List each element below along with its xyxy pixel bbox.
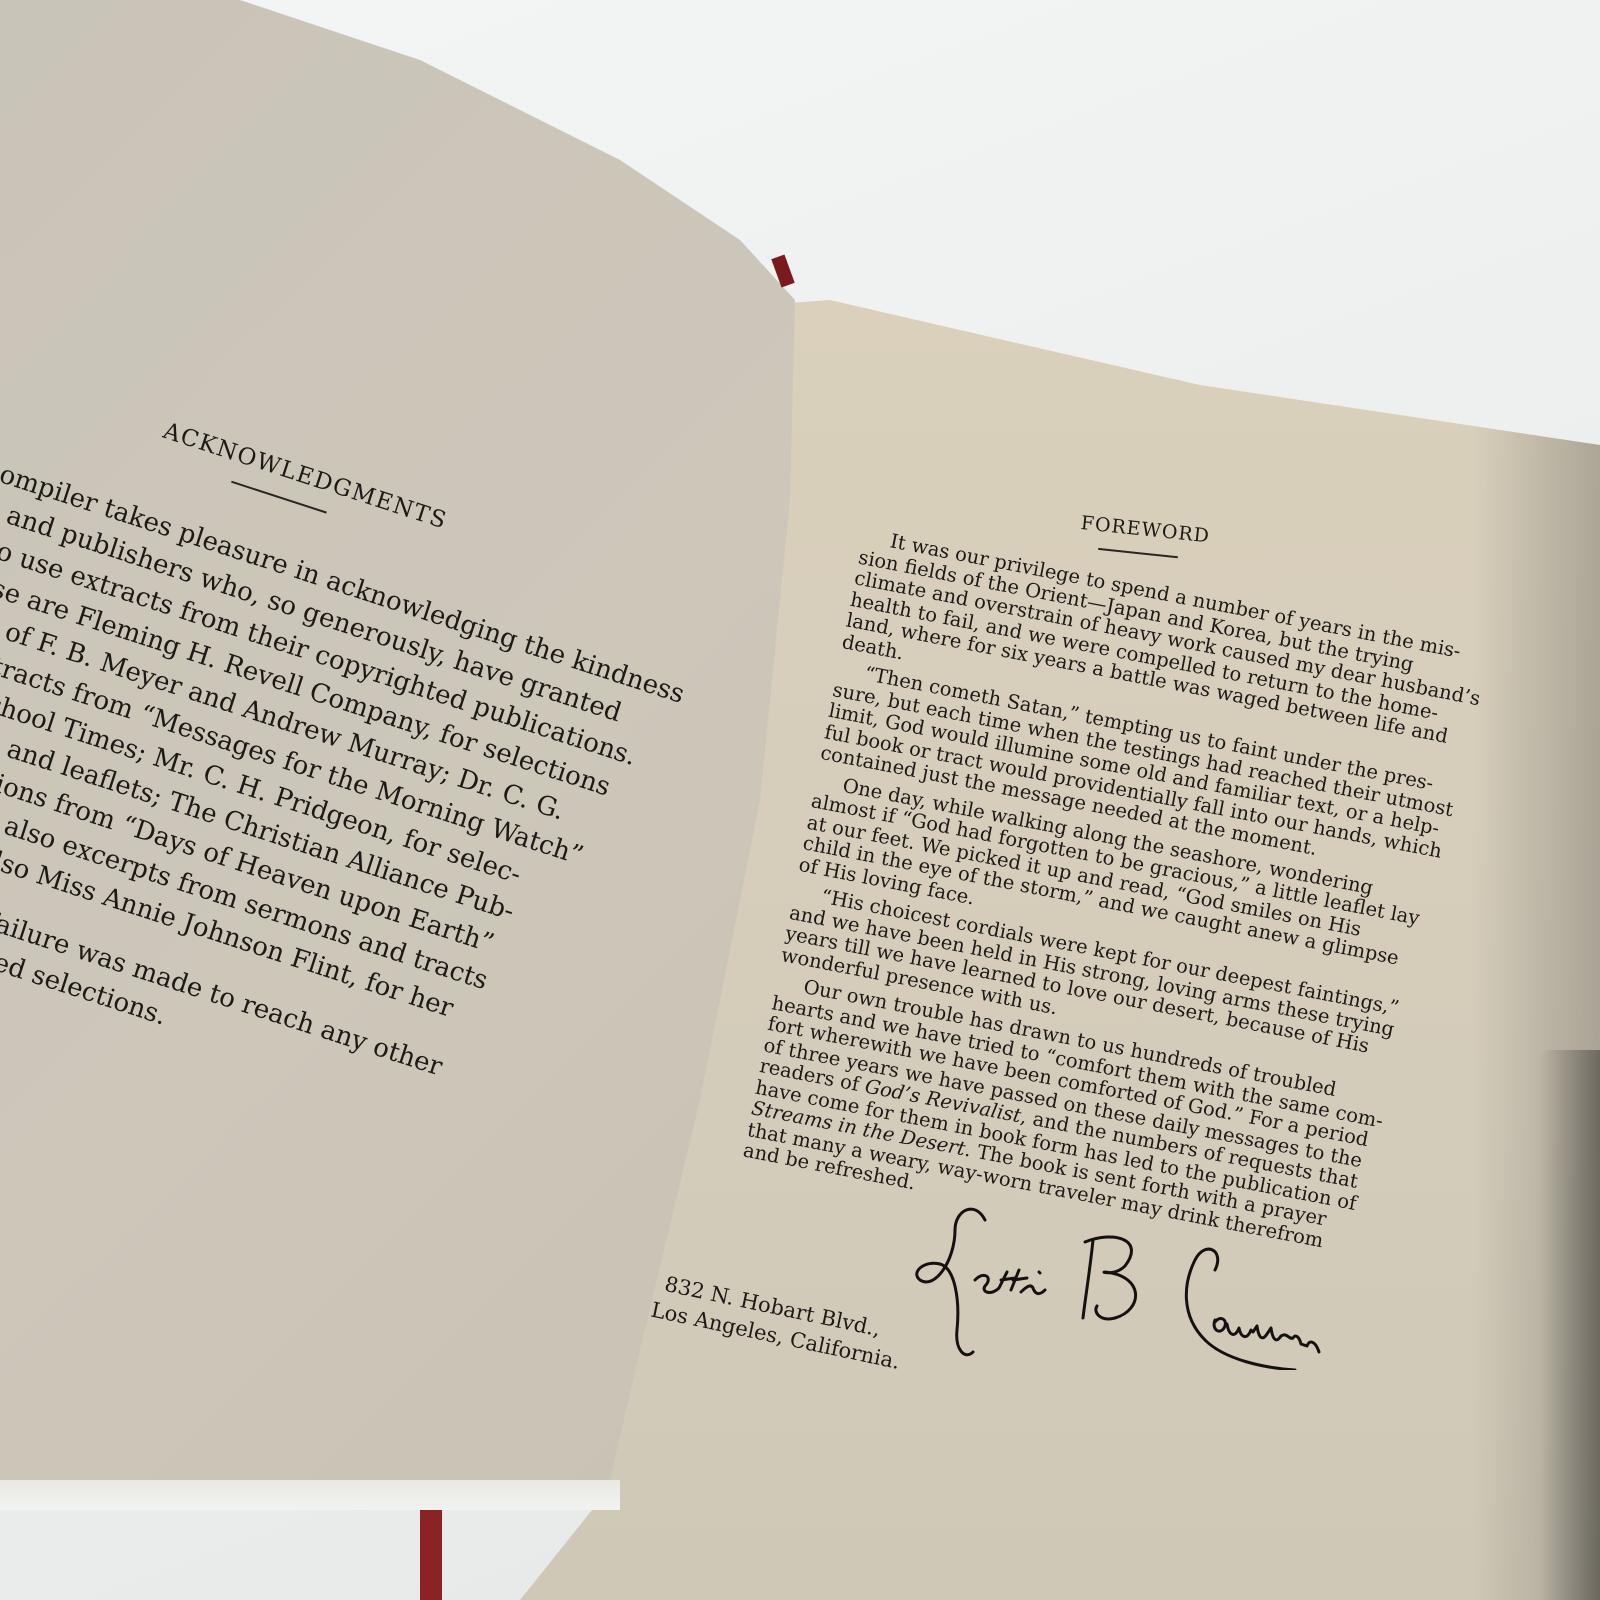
photo-scene: ACKNOWLEDGMENTS compiler takes pleasure … xyxy=(0,0,1600,1600)
ribbon-bookmark-bottom xyxy=(420,1510,442,1600)
left-page-bottom-edge xyxy=(0,1480,620,1510)
page-edge-shadow xyxy=(1540,1050,1600,1600)
handwritten-signature xyxy=(915,1200,1325,1370)
foreword-body: It was our privilege to spend a number o… xyxy=(741,525,1490,1282)
